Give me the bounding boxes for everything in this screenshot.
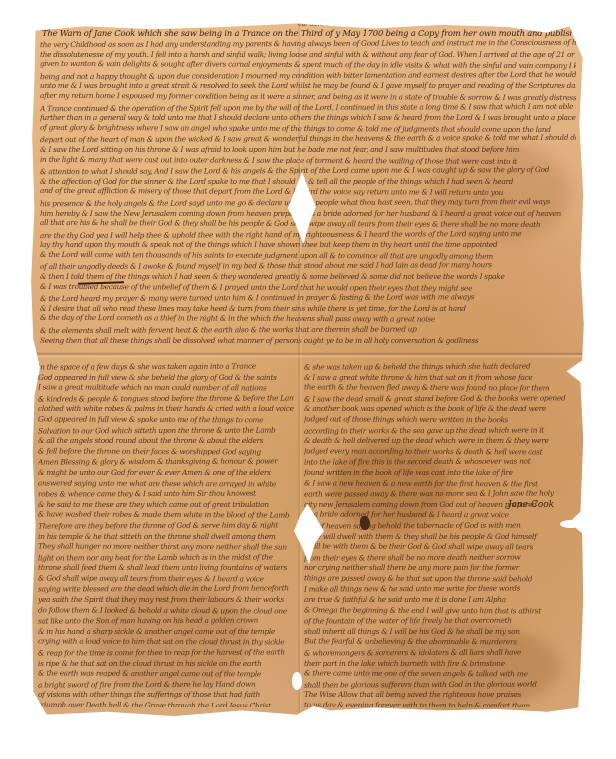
handwritten-line: yea saith the Spirit that they may rest … — [38, 595, 294, 606]
handwritten-line: & death & hell delivered up the dead whi… — [304, 436, 576, 447]
handwritten-line: shall be with them & be their God & God … — [304, 542, 576, 554]
handwritten-line: triumph over Death hell & the Grave thro… — [38, 700, 294, 707]
handwritten-line: & reap for the time is come for thee to … — [38, 647, 294, 659]
handwritten-line: & I saw the dead small & great stand bef… — [304, 393, 576, 405]
handwritten-line: in the space of a few days & she was tak… — [38, 362, 294, 373]
manuscript-body-bottom-left: in the space of a few days & she was tak… — [38, 362, 294, 707]
handwritten-line: & whoremongers & sorcerers & idolaters &… — [304, 647, 576, 659]
manuscript-page: our Saviour The Warn of Jane Cook which … — [30, 22, 586, 742]
handwritten-line: judged out of those things which were wr… — [304, 414, 576, 426]
handwritten-line: a bright sword of fire from the Lord & t… — [38, 679, 294, 691]
paper-hole — [292, 672, 302, 690]
handwritten-line: light on them nor any heat for the Lamb … — [38, 552, 294, 564]
handwritten-line: & kindreds & people & tongues stood befo… — [38, 393, 294, 405]
handwritten-line: I make all things new & he said unto me … — [304, 584, 576, 596]
handwritten-line: from their eyes & there shall be no more… — [304, 552, 576, 564]
vertical-fold-crease — [298, 22, 302, 742]
horizontal-fold-crease — [30, 352, 586, 358]
handwritten-line: according to their works & the sea gave … — [304, 425, 576, 437]
handwritten-line: robes & whence came they & I said unto h… — [38, 489, 294, 501]
handwritten-line: & another book was opened which is the b… — [304, 404, 576, 415]
signature: Jane Cook — [508, 500, 554, 510]
handwritten-line: & all the angels stood round about the t… — [38, 436, 294, 447]
handwritten-line: Therefore are they before the throne of … — [38, 520, 294, 532]
handwritten-line: Seeing then that all these things shall … — [40, 336, 576, 347]
handwritten-line: God appeared in full view & spake unto m… — [38, 414, 294, 426]
handwritten-line: Salvation to our God which sitteth upon … — [38, 425, 294, 437]
handwritten-line: of the fountain of the water of life fre… — [304, 616, 576, 628]
handwritten-line: & I saw the Lord sitting on his throne &… — [40, 145, 576, 156]
handwritten-line: I saw a great multitude which no man cou… — [38, 383, 294, 395]
handwritten-line: & might be unto our God for ever & ever … — [38, 468, 294, 479]
handwritten-line: further than in a general way & told unt… — [40, 113, 576, 124]
handwritten-line: earth were passed away & there was no mo… — [304, 489, 576, 501]
handwritten-line: to us day & evening forever with to them… — [304, 700, 576, 707]
handwritten-line: clothed with white robes & palms in thei… — [38, 404, 294, 415]
manuscript-body-bottom-right: & she was taken up & beheld the things w… — [304, 362, 576, 707]
handwritten-line: & he will dwell with them & they shall b… — [304, 532, 576, 543]
handwritten-line: into the lake of fire this is the second… — [304, 457, 576, 469]
handwritten-line: sat like unto the Son of man having on h… — [38, 616, 294, 628]
handwritten-line: found written in the book of life was ca… — [304, 468, 576, 479]
handwritten-line: of visions with other things the sufferi… — [38, 690, 294, 701]
handwritten-line: are true & faithful & he said unto me it… — [304, 595, 576, 606]
handwritten-line: nor crying neither shall there be any mo… — [304, 563, 576, 574]
handwritten-line: The Wise Allow that all being saved the … — [304, 690, 576, 701]
handwritten-line: out of heaven saying behold the tabernac… — [304, 520, 576, 532]
handwritten-line: saying write blessed are the dead which … — [38, 584, 294, 596]
handwritten-line: in his temple & he that sitteth on the t… — [38, 532, 294, 543]
manuscript-title-line: The Warn of Jane Cook which she saw bein… — [42, 28, 572, 39]
handwritten-line: Amen Blessing & glory & wisdom & thanksg… — [38, 457, 294, 469]
handwritten-line: They shall hunger no more neither thirst… — [38, 542, 294, 554]
handwritten-line: throne shall feed them & shall lead them… — [38, 563, 294, 574]
ink-blot — [360, 516, 370, 530]
handwritten-line: God appeared in full view & she beheld t… — [38, 373, 294, 384]
handwritten-line: shall then be glorious sufferers than wi… — [304, 679, 576, 691]
paper-hole — [560, 520, 582, 528]
handwritten-line: & she was taken up & beheld the things w… — [304, 362, 576, 373]
